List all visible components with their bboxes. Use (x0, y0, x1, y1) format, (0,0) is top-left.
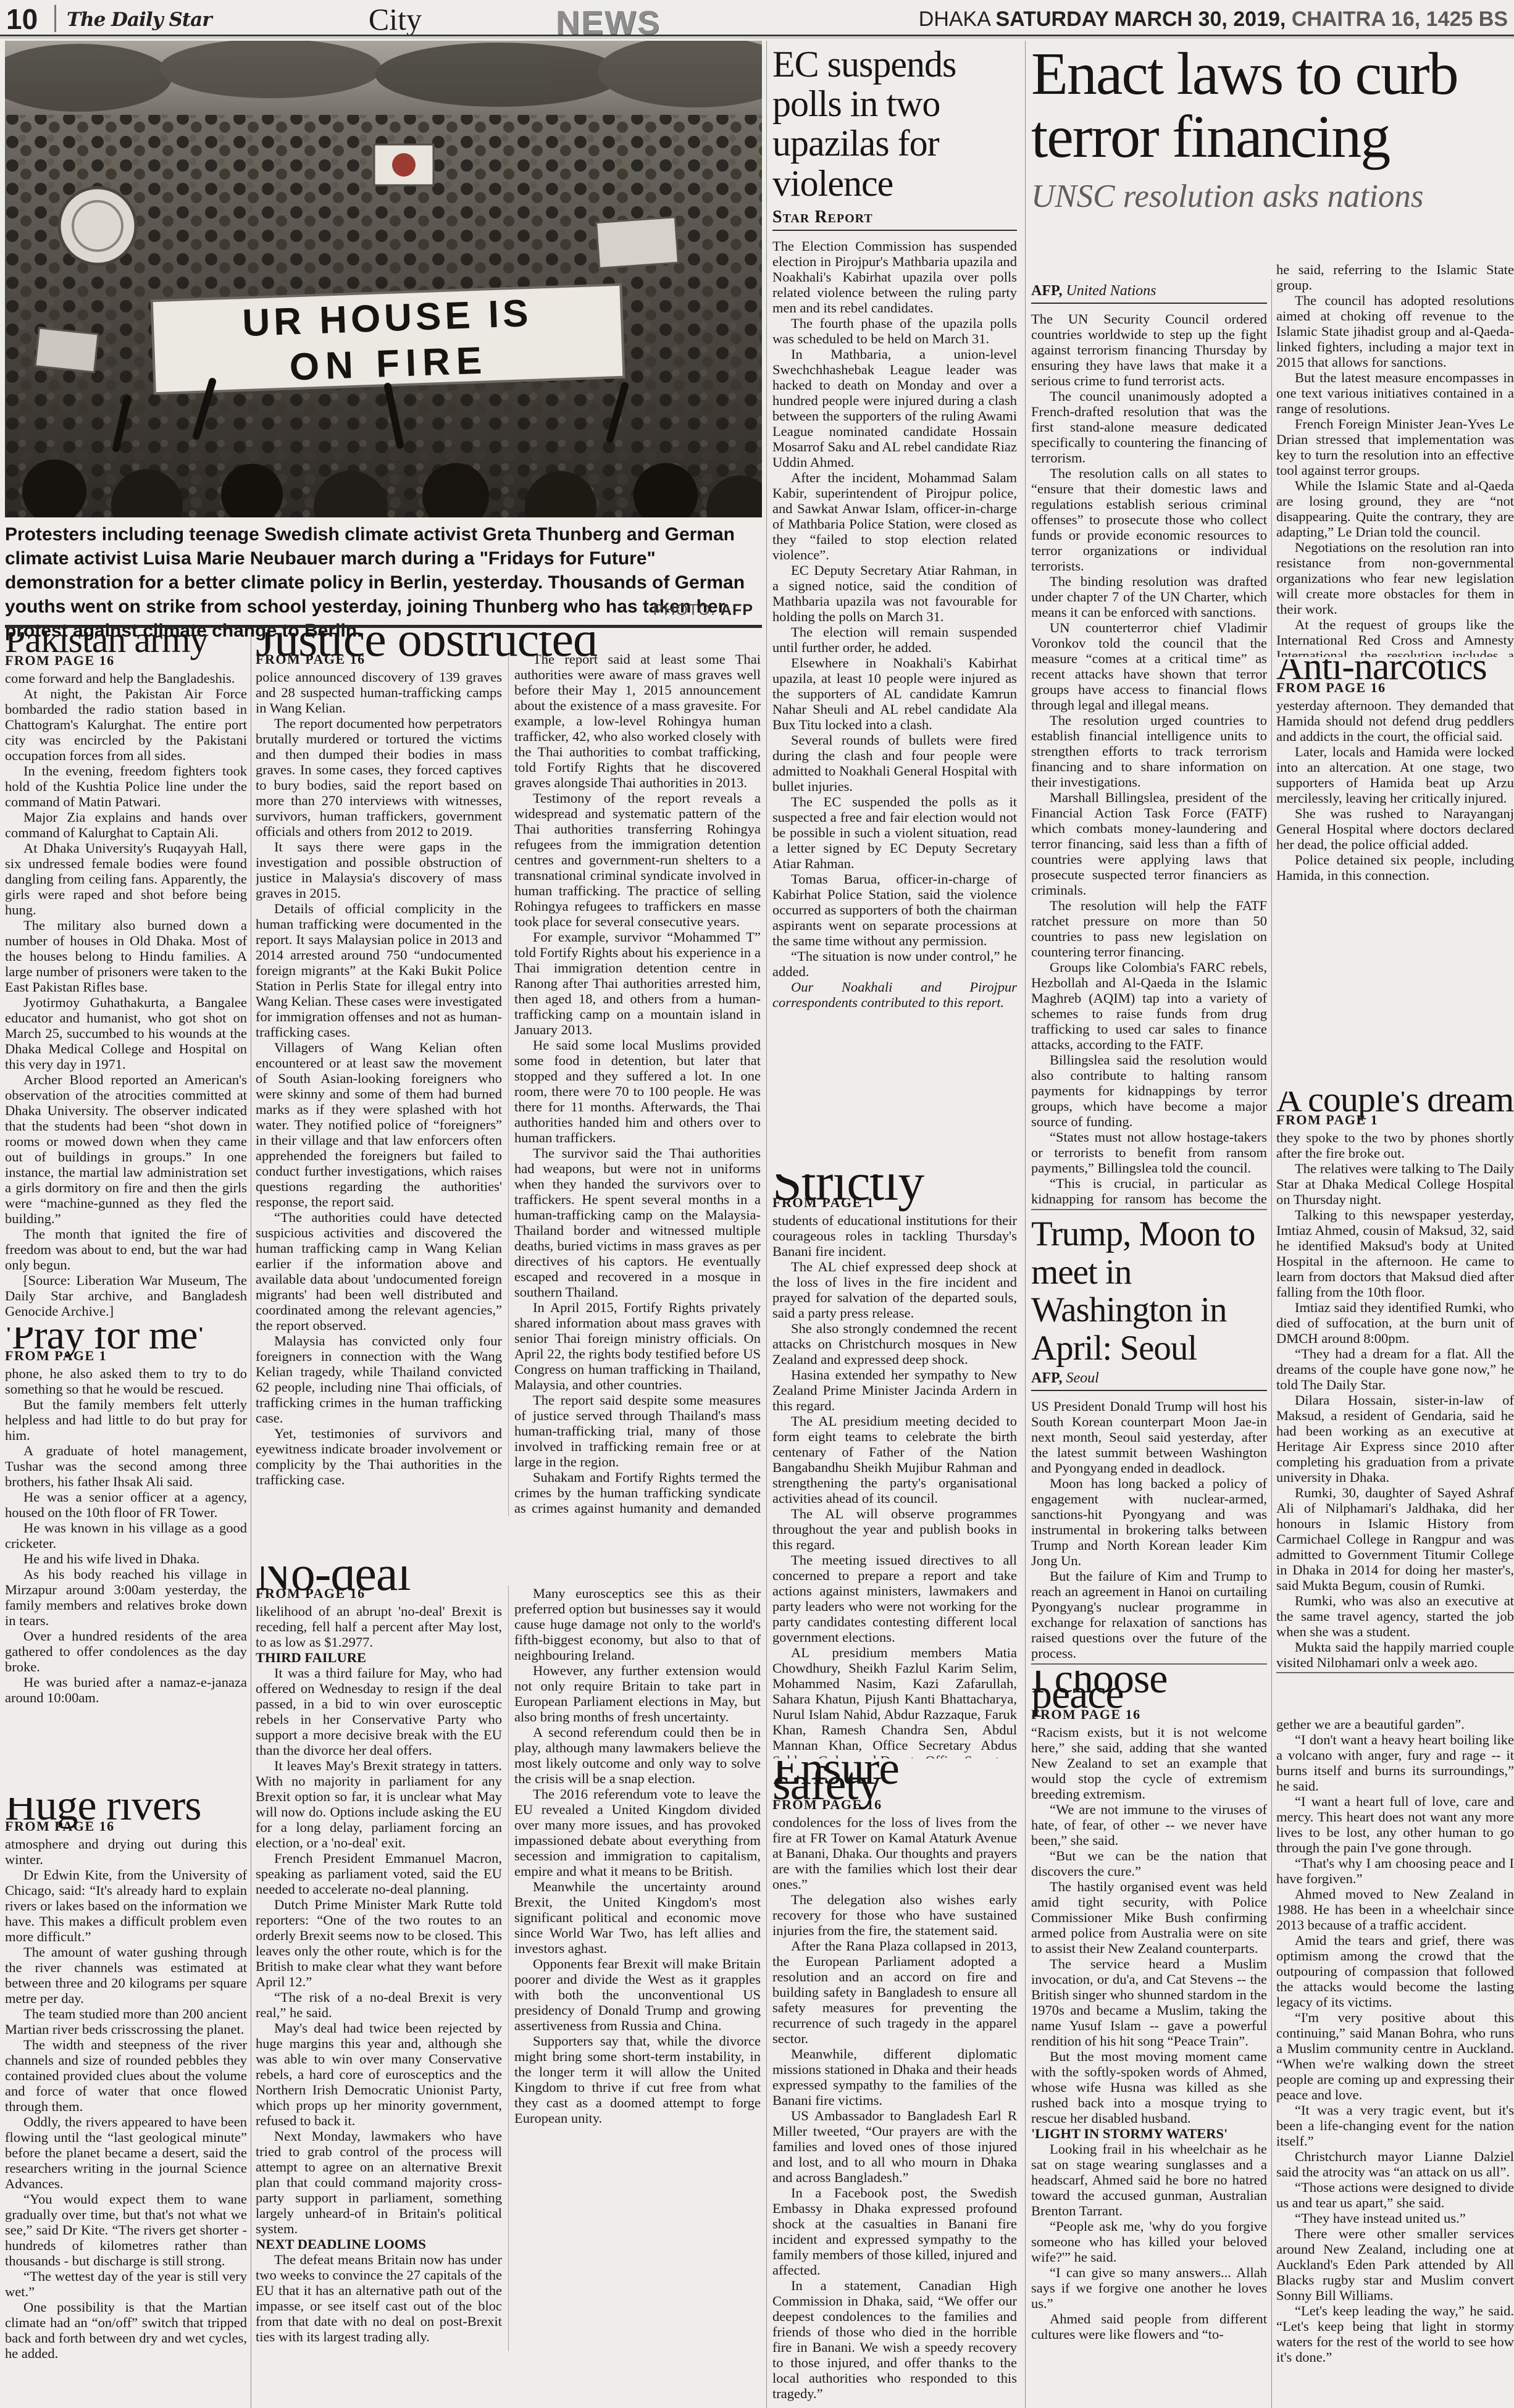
article-paragraph: Archer Blood reported an American's obse… (5, 1072, 247, 1226)
article-paragraph: The meeting issued directives to all con… (772, 1552, 1017, 1645)
article-paragraph: likelihood of an abrupt 'no-deal' Brexit… (256, 1603, 502, 1650)
article-paragraph: Police detained six people, including Ha… (1276, 852, 1514, 883)
article-body: gether we are a beautiful garden”.“I don… (1276, 1716, 1514, 2365)
photo-credit-agency: AFP (721, 601, 753, 619)
article-enact-laws-col2: he said, referring to the Islamic State … (1276, 262, 1514, 657)
article-paragraph: Several rounds of bullets were fired dur… (772, 732, 1017, 794)
article-headline: Justice obstructed (256, 632, 761, 648)
article-paragraph: Yet, testimonies of survivors and eyewit… (256, 1426, 502, 1487)
article-paragraph: Christchurch mayor Lianne Dalziel said t… (1276, 2149, 1514, 2180)
article-paragraph: While the Islamic State and al-Qaeda are… (1276, 478, 1514, 540)
article-paragraph: “The risk of a no-deal Brexit is very re… (256, 1989, 502, 2020)
article-paragraph: come forward and help the Bangladeshis. (5, 671, 247, 686)
article-paragraph: Next Monday, lawmakers who have tried to… (256, 2128, 502, 2236)
article-headline: Enact laws to curb terror financing (1031, 43, 1513, 169)
article-paragraph: But the most moving moment came with the… (1031, 2049, 1267, 2126)
article-paragraph: AL presidium members Matia Chowdhury, Sh… (772, 1645, 1017, 1758)
article-paragraph: The team studied more than 200 ancient M… (5, 2006, 247, 2037)
article-paragraph: For example, survivor “Mohammed T” told … (514, 929, 761, 1037)
article-subhead: UNSC resolution asks nations (1031, 178, 1513, 215)
article-paragraph: they spoke to the two by phones shortly … (1276, 1130, 1514, 1161)
article-paragraph: The relatives were talking to The Daily … (1276, 1161, 1514, 1207)
article-paragraph: Looking frail in his wheelchair as he sa… (1031, 2141, 1267, 2218)
article-paragraph: The fourth phase of the upazila polls wa… (772, 316, 1017, 346)
article-paragraph: “Let's keep leading the way,” he said. “… (1276, 2303, 1514, 2365)
article-paragraph: Our Noakhali and Pirojpur correspondents… (772, 979, 1017, 1010)
article-paragraph: The council unanimously adopted a French… (1031, 388, 1267, 466)
article-paragraph: Ahmed said people from different culture… (1031, 2311, 1267, 2342)
article-paragraph: The EC suspended the polls as it suspect… (772, 794, 1017, 871)
article-paragraph: As his body reached his village in Mirza… (5, 1566, 247, 1628)
photo-credit-label: PHOTO: (653, 601, 716, 619)
article-paragraph: NEXT DEADLINE LOOMS (256, 2236, 502, 2252)
article-paragraph: May's deal had twice been rejected by hu… (256, 2020, 502, 2128)
article-headline: 'Pray for me' (5, 1327, 247, 1343)
article-body: “Racism exists, but it is not welcome he… (1031, 1724, 1267, 2342)
article-paragraph: Amid the tears and grief, there was opti… (1276, 1933, 1514, 2010)
article-paragraph: The delegation also wishes early recover… (772, 1892, 1017, 1938)
article-paragraph: UN counterterror chief Vladimir Voronkov… (1031, 620, 1267, 713)
article-paragraph: Marshall Billingslea, president of the F… (1031, 790, 1267, 898)
article-paragraph: “It was a very tragic event, but it's be… (1276, 2102, 1514, 2149)
article-paragraph: EC Deputy Secretary Atiar Rahman, in a s… (772, 562, 1017, 624)
section-rule (5, 625, 762, 628)
article-paragraph: atmosphere and drying out during this wi… (5, 1836, 247, 1867)
article-paragraph: One possibility is that the Martian clim… (5, 2299, 247, 2361)
article-paragraph: The report said at least some Thai autho… (514, 651, 761, 790)
article-headline: Strictly (772, 1174, 1017, 1190)
article-paragraph: She was rushed to Narayanganj General Ho… (1276, 806, 1514, 852)
article-paragraph: Mukta said the happily married couple vi… (1276, 1639, 1514, 1667)
article-trump-moon: Trump, Moon to meet in Washington in Apr… (1031, 1215, 1267, 1661)
article-paragraph: “The authorities could have detected sus… (256, 1210, 502, 1333)
round-sign-icon (59, 188, 136, 264)
article-paragraph: Supporters say that, while the divorce m… (514, 2033, 761, 2126)
article-paragraph: “We are not immune to the viruses of hat… (1031, 1802, 1267, 1848)
article-paragraph: Negotiations on the resolution ran into … (1276, 540, 1514, 617)
article-paragraph: He and his wife lived in Dhaka. (5, 1551, 247, 1566)
article-paragraph: But the failure of Kim and Trump to reac… (1031, 1568, 1267, 1661)
article-paragraph: Groups like Colombia's FARC rebels, Hezb… (1031, 959, 1267, 1052)
dateline-city: DHAKA (919, 7, 996, 31)
photo-illustration: UR HOUSE IS ON FIRE (5, 41, 762, 517)
article-paragraph: In a Facebook post, the Swedish Embassy … (772, 2185, 1017, 2278)
article-paragraph: US Ambassador to Bangladesh Earl R Mille… (772, 2108, 1017, 2185)
article-byline: Star Report (772, 209, 1017, 231)
article-paragraph: The election will remain suspended until… (772, 624, 1017, 655)
article-paragraph: he said, referring to the Islamic State … (1276, 262, 1514, 293)
article-paragraph: The hastily organised event was held ami… (1031, 1879, 1267, 1956)
article-paragraph: Imtiaz said they identified Rumki, who d… (1276, 1300, 1514, 1346)
photo-caption: Protesters including teenage Swedish cli… (5, 522, 762, 622)
article-paragraph: students of educational institutions for… (772, 1213, 1017, 1259)
header-rule (0, 35, 1514, 36)
placard (596, 217, 679, 269)
article-paragraph: “That's why I am choosing peace and I ha… (1276, 1855, 1514, 1886)
article-paragraph: Meanwhile the uncertainty around Brexit,… (514, 1879, 761, 1956)
article-paragraph: Talking to this newspaper yesterday, Imt… (1276, 1207, 1514, 1300)
article-paragraph: Details of official complicity in the hu… (256, 901, 502, 1040)
article-body: they spoke to the two by phones shortly … (1276, 1130, 1514, 1667)
article-paragraph: Major Zia explains and hands over comman… (5, 809, 247, 840)
column-separator (1271, 279, 1272, 2408)
article-paragraph: The report documented how perpetrators b… (256, 716, 502, 839)
article-paragraph: The resolution urged countries to establ… (1031, 713, 1267, 790)
article-body: US President Donald Trump will host his … (1031, 1398, 1267, 1661)
article-paragraph: “The wettest day of the year is still ve… (5, 2268, 247, 2299)
page-header: 10 The Daily Star City NEWS DHAKA SATURD… (0, 0, 1514, 38)
article-pray-for-me: 'Pray for me' FROM PAGE 1 phone, he also… (5, 1327, 247, 1797)
byline-agency: AFP, (1031, 283, 1062, 299)
lead-photo: UR HOUSE IS ON FIRE (5, 41, 762, 517)
article-paragraph: The 2016 referendum vote to leave the EU… (514, 1786, 761, 1879)
article-paragraph: Oddly, the rivers appeared to have been … (5, 2114, 247, 2191)
article-paragraph: At night, the Pakistan Air Force bombard… (5, 686, 247, 763)
article-justice-obstructed: Justice obstructed FROM PAGE 16 police a… (256, 632, 761, 1565)
article-paragraph: There were other smaller services around… (1276, 2226, 1514, 2303)
article-paragraph: “People ask me, 'why do you forgive some… (1031, 2218, 1267, 2265)
article-paragraph: “You would expect them to wane gradually… (5, 2191, 247, 2268)
article-paragraph: She also strongly condemned the recent a… (772, 1321, 1017, 1367)
article-paragraph: Opponents fear Brexit will make Britain … (514, 1956, 761, 2033)
article-body: phone, he also asked them to try to do s… (5, 1366, 247, 1705)
article-paragraph: The report said despite some measures of… (514, 1392, 761, 1469)
article-paragraph: A second referendum could then be in pla… (514, 1724, 761, 1786)
protest-flag-icon (374, 144, 433, 185)
article-headline: Pakistan army (5, 632, 247, 648)
article-paragraph: [Source: Liberation War Museum, The Dail… (5, 1273, 247, 1319)
article-body: The UN Security Council ordered countrie… (1031, 311, 1267, 1206)
article-paragraph: Billingslea said the resolution would al… (1031, 1052, 1267, 1129)
article-paragraph: In Mathbaria, a union-level Swechchhashe… (772, 346, 1017, 470)
article-paragraph: US President Donald Trump will host his … (1031, 1398, 1267, 1476)
article-body: come forward and help the Bangladeshis.A… (5, 671, 247, 1319)
header-rule-light (0, 38, 1514, 38)
article-paragraph: “The situation is now under control,” he… (772, 948, 1017, 979)
article-paragraph: He was buried after a namaz-e-janaza aro… (5, 1674, 247, 1705)
article-i-choose-peace-col1: I choose peace FROM PAGE 16 “Racism exis… (1031, 1671, 1267, 2408)
article-paragraph: The resolution calls on all states to “e… (1031, 466, 1267, 574)
article-body: police announced discovery of 139 graves… (256, 651, 761, 1516)
article-paragraph: The month that ignited the fire of freed… (5, 1226, 247, 1273)
article-body: students of educational institutions for… (772, 1213, 1017, 1758)
article-paragraph: After the Rana Plaza collapsed in 2013, … (772, 1938, 1017, 2046)
article-paragraph: Ahmed moved to New Zealand in 1988. He h… (1276, 1886, 1514, 1933)
article-paragraph: It says there were gaps in the investiga… (256, 839, 502, 901)
byline-place: Seoul (1066, 1370, 1098, 1386)
byline-place: United Nations (1066, 283, 1156, 299)
byline-agency: AFP, (1031, 1370, 1062, 1386)
article-paragraph: In April 2015, Fortify Rights privately … (514, 1300, 761, 1392)
article-paragraph: “I don't want a heavy heart boiling like… (1276, 1732, 1514, 1794)
dateline: DHAKA SATURDAY MARCH 30, 2019, CHAITRA 1… (919, 7, 1508, 31)
article-paragraph: “Those actions were designed to divide u… (1276, 2180, 1514, 2210)
article-paragraph: In a statement, Canadian High Commission… (772, 2278, 1017, 2401)
article-columns: FROM PAGE 16 likelihood of an abrupt 'no… (256, 1586, 761, 2351)
banner-text-line2: ON FIRE (289, 339, 489, 388)
article-headline: Anti-narcotics (1276, 659, 1514, 675)
article-paragraph: Elsewhere in Noakhali's Kabirhat upazila… (772, 655, 1017, 732)
article-paragraph: A graduate of hotel management, Tushar w… (5, 1443, 247, 1489)
article-headline: Huge rivers (5, 1798, 247, 1813)
article-paragraph: In the evening, freedom fighters took ho… (5, 763, 247, 809)
from-page-label: FROM PAGE 16 (1031, 1707, 1267, 1722)
placard (35, 328, 98, 372)
article-paragraph: But the latest measure encompasses in on… (1276, 370, 1514, 416)
article-paragraph: Tomas Barua, officer-in-charge of Kabirh… (772, 871, 1017, 948)
article-enact-laws-header: Enact laws to curb terror financing UNSC… (1031, 43, 1513, 279)
column-separator (1025, 41, 1026, 2408)
article-headline: Trump, Moon to meet in Washington in Apr… (1031, 1215, 1267, 1367)
article-ec-suspends-polls: EC suspends polls in two upazilas for vi… (772, 43, 1017, 1172)
banner: UR HOUSE IS ON FIRE (152, 285, 624, 393)
article-paragraph: The military also burned down a number o… (5, 918, 247, 995)
article-paragraph: Over a hundred residents of the area gat… (5, 1628, 247, 1674)
article-paragraph: “This is crucial, in particular as kidna… (1031, 1176, 1267, 1206)
photo-caption-text: Protesters including teenage Swedish cli… (5, 524, 745, 641)
dateline-date: SATURDAY MARCH 30, 2019, (995, 7, 1291, 31)
article-paragraph: It was a third failure for May, who had … (256, 1665, 502, 1758)
article-paragraph: He was a senior officer at a agency, hou… (5, 1489, 247, 1520)
article-body: condolences for the loss of lives from t… (772, 1815, 1017, 2401)
article-paragraph: police announced discovery of 139 graves… (256, 669, 502, 716)
article-paragraph: Dutch Prime Minister Mark Rutte told rep… (256, 1897, 502, 1989)
article-paragraph: “States must not allow hostage-takers or… (1031, 1129, 1267, 1176)
article-huge-rivers: Huge rivers FROM PAGE 16 atmosphere and … (5, 1798, 247, 2408)
article-paragraph: It leaves May's Brexit strategy in tatte… (256, 1758, 502, 1850)
article-paragraph: condolences for the loss of lives from t… (772, 1815, 1017, 1892)
article-i-choose-peace-col2: gether we are a beautiful garden”.“I don… (1276, 1716, 1514, 2408)
article-paragraph: Jyotirmoy Guhathakurta, a Bangalee educa… (5, 995, 247, 1072)
article-paragraph: The width and steepness of the river cha… (5, 2037, 247, 2114)
article-paragraph: French Foreign Minister Jean-Yves Le Dri… (1276, 416, 1514, 478)
article-paragraph: Rumki, 30, daughter of Sayed Ashraf Ali … (1276, 1485, 1514, 1593)
page-number: 10 (6, 2, 38, 36)
article-paragraph: At Dhaka University's Ruqayyah Hall, six… (5, 840, 247, 918)
article-paragraph: Hasina extended her sympathy to New Zeal… (772, 1367, 1017, 1413)
article-couples-dream: A couple's dream FROM PAGE 1 they spoke … (1276, 1092, 1514, 1667)
article-paragraph: Villagers of Wang Kelian often encounter… (256, 1040, 502, 1210)
article-headline: Ensure safety (772, 1761, 1017, 1792)
article-paragraph: Many eurosceptics see this as their pref… (514, 1586, 761, 1663)
article-ensure-safety: Ensure safety FROM PAGE 16 condolences f… (772, 1761, 1017, 2408)
article-paragraph: Dilara Hossain, sister-in-law of Maksud,… (1276, 1392, 1514, 1485)
article-paragraph: Malaysia has convicted only four foreign… (256, 1333, 502, 1426)
column-separator (766, 41, 767, 2408)
story-rule (1031, 1209, 1267, 1210)
dateline-era: CHAITRA 16, 1425 BS (1292, 7, 1508, 31)
header-divider (54, 5, 56, 32)
article-body: atmosphere and drying out during this wi… (5, 1836, 247, 2361)
article-paragraph: The AL presidium meeting decided to form… (772, 1413, 1017, 1506)
article-paragraph: “They had a dream for a flat. All the dr… (1276, 1346, 1514, 1392)
article-paragraph: yesterday afternoon. They demanded that … (1276, 698, 1514, 744)
article-paragraph: After the incident, Mohammad Salam Kabir… (772, 470, 1017, 562)
article-paragraph: “Racism exists, but it is not welcome he… (1031, 1724, 1267, 1802)
article-paragraph: At the request of groups like the Intern… (1276, 617, 1514, 657)
article-paragraph: Testimony of the report reveals a widesp… (514, 790, 761, 929)
article-strictly: Strictly FROM PAGE 1 students of educati… (772, 1174, 1017, 1758)
article-paragraph: The AL chief expressed deep shock at the… (772, 1259, 1017, 1321)
article-paragraph: The UN Security Council ordered countrie… (1031, 311, 1267, 388)
newspaper-page: 10 The Daily Star City NEWS DHAKA SATURD… (0, 0, 1514, 2408)
from-page-label: FROM PAGE 16 (772, 1797, 1017, 1812)
article-paragraph: gether we are a beautiful garden”. (1276, 1716, 1514, 1732)
article-paragraph: The survivor said the Thai authorities h… (514, 1145, 761, 1300)
article-paragraph: Rumki, who was also an executive at the … (1276, 1593, 1514, 1639)
article-paragraph: The Election Commission has suspended el… (772, 238, 1017, 316)
article-paragraph: “I can give so many answers... Allah say… (1031, 2265, 1267, 2311)
article-paragraph: The AL will observe programmes throughou… (772, 1506, 1017, 1552)
article-body: he said, referring to the Islamic State … (1276, 262, 1514, 657)
article-body: yesterday afternoon. They demanded that … (1276, 698, 1514, 883)
article-paragraph: The service heard a Muslim invocation, o… (1031, 1956, 1267, 2049)
article-paragraph: THIRD FAILURE (256, 1650, 502, 1665)
article-paragraph: He said some local Muslims provided some… (514, 1037, 761, 1145)
article-paragraph: However, any further extension would not… (514, 1663, 761, 1724)
article-anti-narcotics: Anti-narcotics FROM PAGE 16 yesterday af… (1276, 659, 1514, 1089)
section-title-city: City (327, 1, 463, 37)
article-body: The Election Commission has suspended el… (772, 238, 1017, 1010)
article-paragraph: Dr Edwin Kite, from the University of Ch… (5, 1867, 247, 1944)
article-paragraph: The defeat means Britain now has under t… (256, 2252, 502, 2344)
story-rule (1031, 1663, 1267, 1665)
column-separator (251, 632, 251, 2408)
photo-credit: PHOTO: AFP (653, 598, 753, 622)
article-paragraph: “I'm very positive about this continuing… (1276, 2010, 1514, 2102)
article-byline: AFP, United Nations (1031, 283, 1267, 304)
article-paragraph: The resolution will help the FATF ratche… (1031, 898, 1267, 959)
article-paragraph: French President Emmanuel Macron, speaki… (256, 1850, 502, 1897)
article-paragraph: The amount of water gushing through the … (5, 1944, 247, 2006)
article-paragraph: “But we can be the nation that discovers… (1031, 1848, 1267, 1879)
article-pakistan-army: Pakistan army FROM PAGE 16 come forward … (5, 632, 247, 1327)
article-headline: I choose peace (1031, 1671, 1267, 1702)
article-paragraph: “I want a heart full of love, care and m… (1276, 1794, 1514, 1855)
article-enact-laws-col1: AFP, United Nations The UN Security Coun… (1031, 281, 1267, 1206)
article-paragraph: Later, locals and Hamida were locked int… (1276, 744, 1514, 806)
article-no-deal: No-deal FROM PAGE 16 likelihood of an ab… (256, 1566, 761, 2408)
article-body: likelihood of an abrupt 'no-deal' Brexit… (256, 1586, 761, 2351)
article-headline: A couple's dream (1276, 1092, 1514, 1107)
article-paragraph: But the family members felt utterly help… (5, 1397, 247, 1443)
story-rule (1276, 1672, 1514, 1673)
article-paragraph: phone, he also asked them to try to do s… (5, 1366, 247, 1397)
article-paragraph: 'LIGHT IN STORMY WATERS' (1031, 2126, 1267, 2141)
article-headline: EC suspends polls in two upazilas for vi… (772, 44, 1017, 203)
article-paragraph: Meanwhile, different diplomatic missions… (772, 2046, 1017, 2108)
article-paragraph: He was known in his village as a good cr… (5, 1520, 247, 1551)
article-headline: No-deal (256, 1566, 761, 1582)
article-byline: AFP, Seoul (1031, 1371, 1267, 1391)
article-paragraph: “They have instead united us.” (1276, 2210, 1514, 2226)
article-paragraph: The council has adopted resolutions aime… (1276, 293, 1514, 370)
masthead-logo: The Daily Star (67, 9, 212, 31)
article-columns: FROM PAGE 16 police announced discovery … (256, 651, 761, 1516)
article-paragraph: The binding resolution was drafted under… (1031, 574, 1267, 620)
article-paragraph: Moon has long backed a policy of engagem… (1031, 1476, 1267, 1568)
